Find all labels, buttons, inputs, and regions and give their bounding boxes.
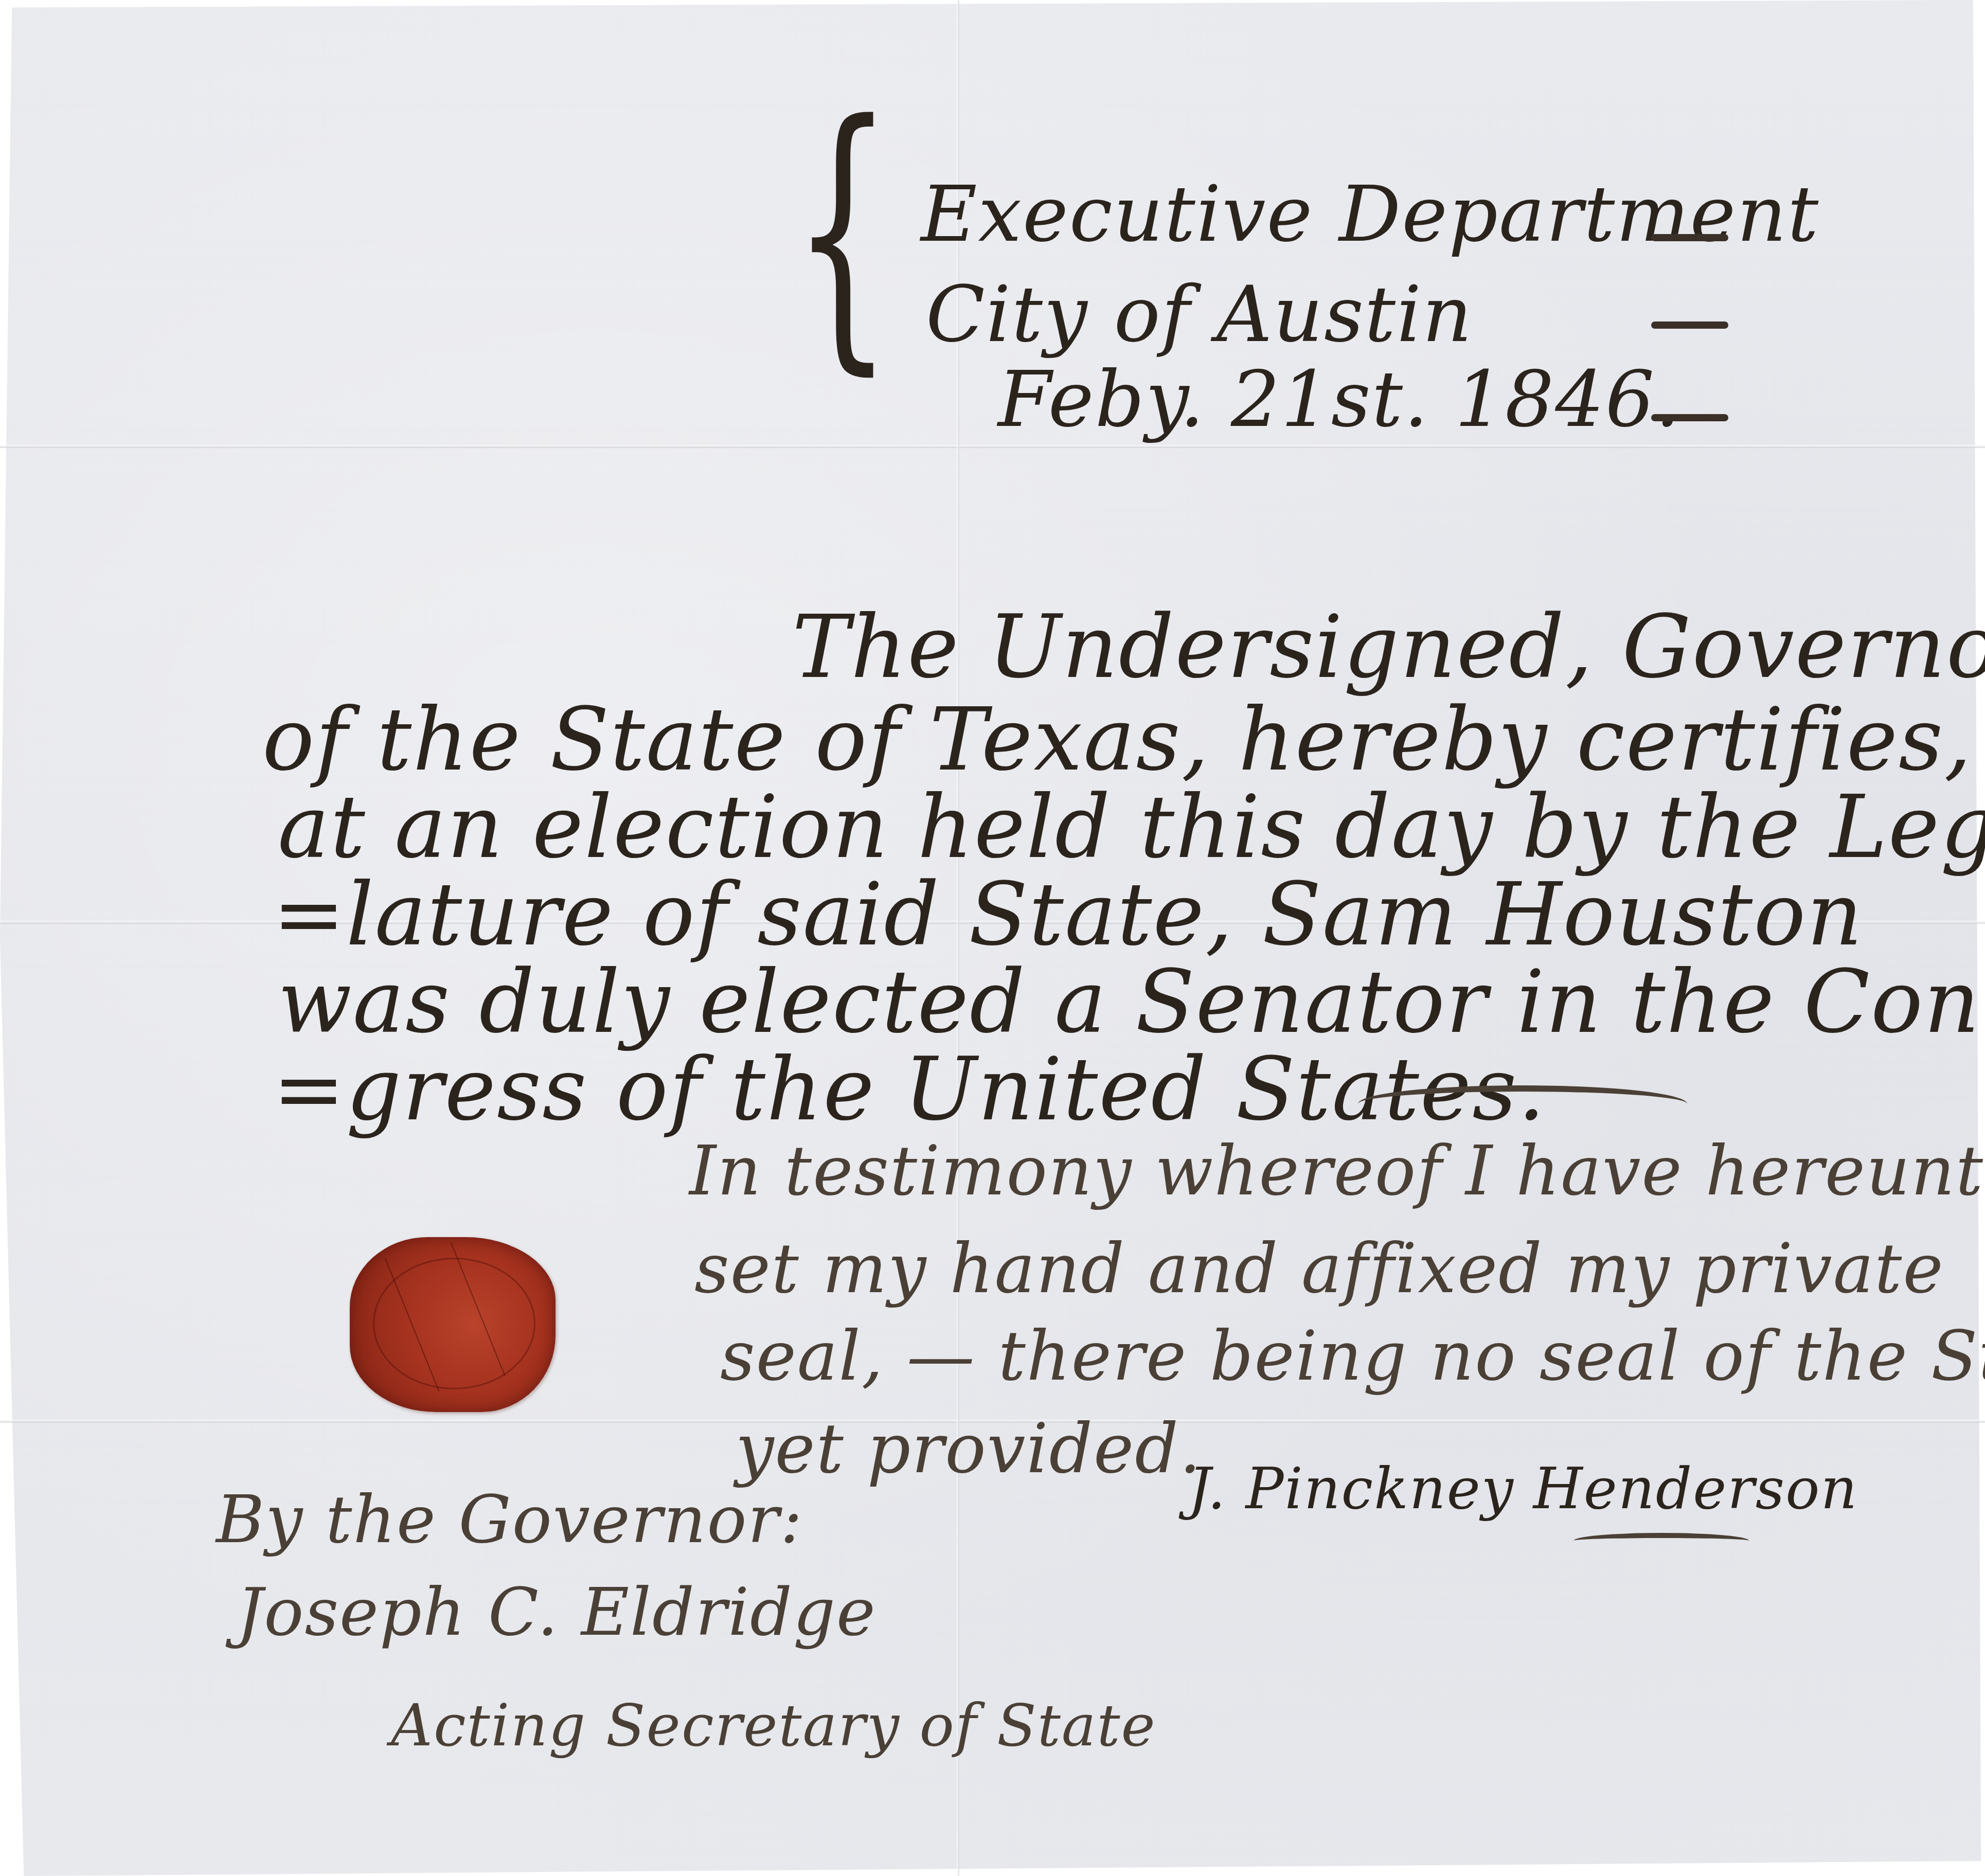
testimony-line: set my hand and affixed my private — [694, 1229, 1944, 1309]
header-dash — [1651, 414, 1728, 421]
header-date: Feby. 21st. 1846. — [998, 355, 1681, 444]
flourish-mark — [1358, 1085, 1687, 1122]
body-line: of the State of Texas, hereby certifies,… — [262, 689, 1985, 790]
body-line: =lature of said State, Sam Houston — [273, 864, 1864, 965]
governor-signature: J. Pinckney Henderson — [1188, 1456, 1858, 1522]
attestation-label: By the Governor: — [216, 1481, 803, 1558]
header-department: Executive Department — [921, 170, 1819, 259]
signature-underline — [1574, 1533, 1749, 1548]
header-dash — [1651, 234, 1728, 241]
header-city: City of Austin — [926, 270, 1473, 360]
body-line: The Undersigned, Governor — [792, 597, 1985, 698]
fold-crease-horizontal — [0, 445, 1985, 448]
body-line: was duly elected a Senator in the Con= — [278, 952, 1985, 1052]
curly-brace-icon: { — [792, 87, 893, 376]
header-dash — [1651, 321, 1728, 329]
testimony-line: In testimony whereof I have hereunto — [689, 1132, 1985, 1211]
secretary-signature: Joseph C. Eldridge — [237, 1574, 877, 1651]
testimony-line: seal, — there being no seal of the State — [720, 1317, 1985, 1396]
secretary-title: Acting Secretary of State — [391, 1692, 1156, 1759]
body-line: at an election held this day by the Legi… — [278, 777, 1985, 878]
wax-seal — [350, 1237, 556, 1412]
testimony-line: yet provided. — [736, 1409, 1202, 1489]
body-line: =gress of the United States. — [273, 1039, 1546, 1140]
